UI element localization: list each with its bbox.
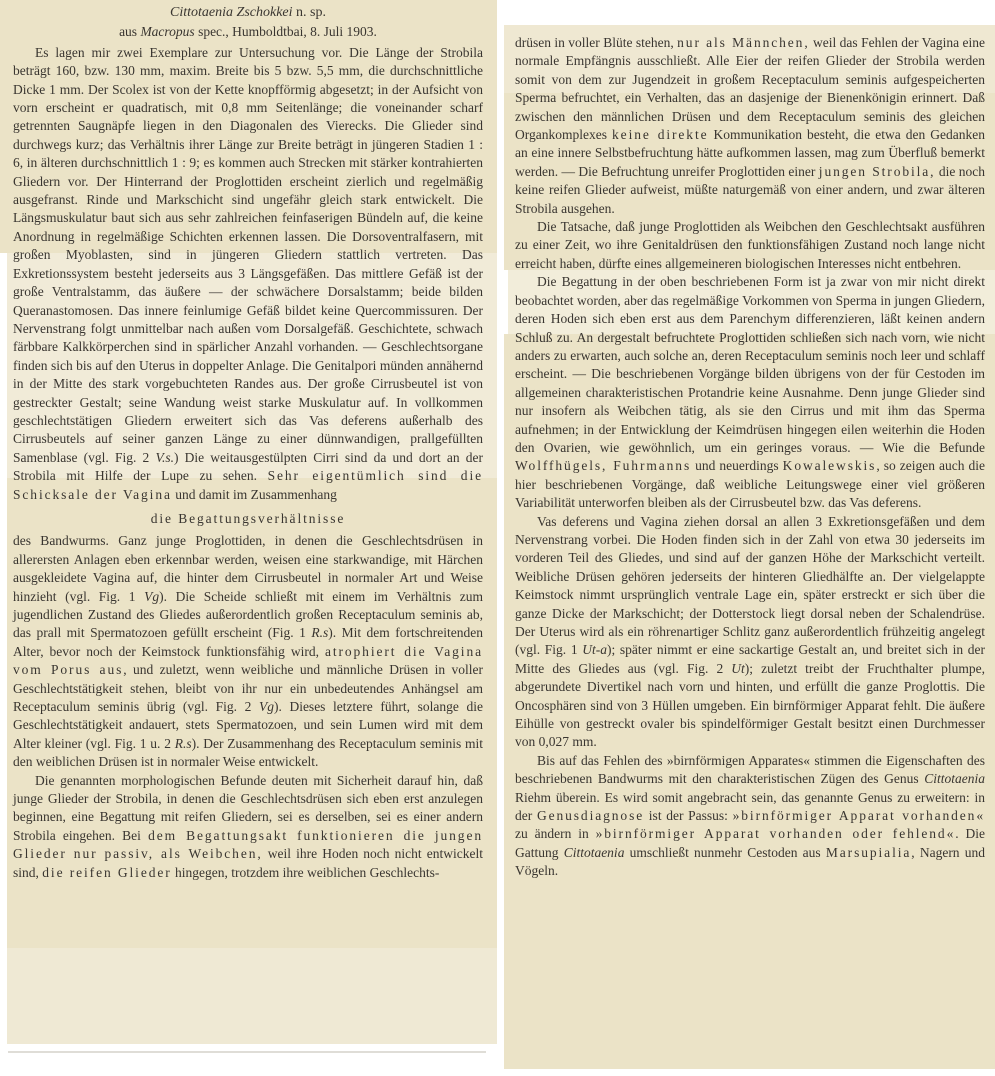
right-paragraph-5: Bis auf das Fehlen des »birnförmigen App… (515, 752, 985, 881)
left-paragraph-3: Die genannten morphologischen Befunde de… (13, 772, 483, 882)
scan-artifact-shadow-line (8, 1051, 486, 1053)
scan-artifact-light-strip (7, 948, 497, 1044)
species-heading: Cittotaenia Zschokkei n. sp. (13, 4, 483, 22)
scanned-paper-page: { "document": { "language": "de", "color… (0, 0, 995, 1076)
left-column-text: Cittotaenia Zschokkei n. sp. aus Macropu… (0, 0, 497, 882)
right-paragraph-4: Vas deferens und Vagina ziehen dorsal an… (515, 513, 985, 752)
left-paragraph-2: des Bandwurms. Ganz junge Proglottiden, … (13, 532, 483, 771)
left-paragraph-1: Es lagen mir zwei Exemplare zur Untersuc… (13, 44, 483, 504)
left-column: Cittotaenia Zschokkei n. sp. aus Macropu… (0, 0, 497, 1044)
right-paragraph-3: Die Begattung in der oben beschriebenen … (515, 273, 985, 512)
section-heading: die Begattungsverhältnisse (13, 510, 483, 528)
source-heading: aus Macropus spec., Humboldtbai, 8. Juli… (13, 23, 483, 41)
right-column-text: drüsen in voller Blüte stehen, nur als M… (504, 25, 995, 881)
right-paragraph-1: drüsen in voller Blüte stehen, nur als M… (515, 34, 985, 218)
right-paragraph-2: Die Tatsache, daß junge Proglottiden als… (515, 218, 985, 273)
right-column: drüsen in voller Blüte stehen, nur als M… (504, 25, 995, 1069)
